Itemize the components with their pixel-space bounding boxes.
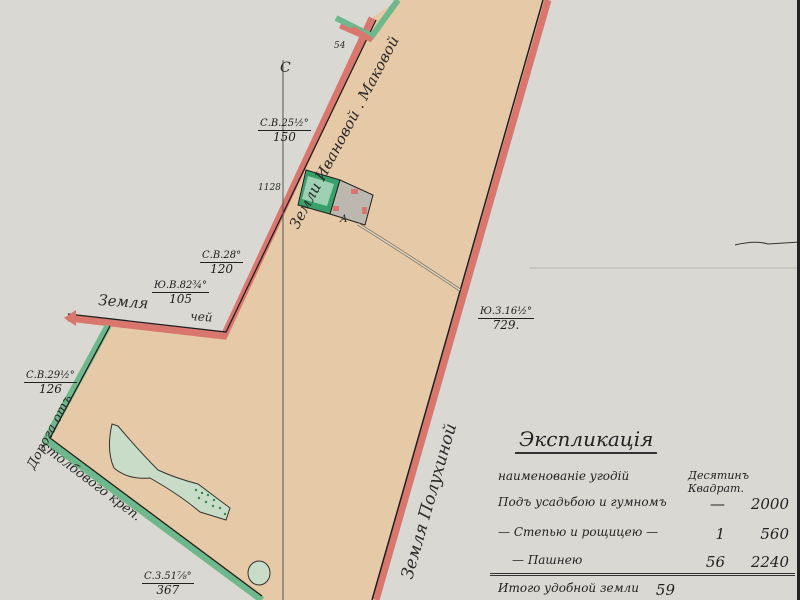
building	[351, 189, 358, 194]
explication-row: — Пашнею 56 2240	[490, 553, 795, 576]
building	[362, 207, 367, 214]
bearing-label: Ю.З.16½° 729.	[478, 306, 534, 331]
svg-text:А: А	[339, 214, 348, 225]
explication-title: Экспликація	[515, 427, 657, 454]
bearing-label: Ю.В.82¾° 105	[152, 280, 209, 305]
mark-1128: 1128	[258, 183, 281, 193]
label-left-mid2: чей	[190, 309, 213, 325]
label-left-mid: Земля	[98, 291, 149, 312]
bearing-label: С.В.29½° 126	[24, 370, 77, 395]
small-pond	[248, 561, 270, 585]
explication-table: Экспликація наименованіе угодій Десятинъ…	[490, 425, 800, 600]
bearing-label: С.В.25½° 150	[258, 118, 311, 143]
mark-54: 54	[334, 41, 346, 51]
bearing-label: С.В.28° 120	[200, 250, 243, 275]
bearing-label: С.З.51⅞° 367	[142, 571, 194, 596]
building	[333, 206, 339, 211]
north-letter: С	[280, 60, 291, 76]
